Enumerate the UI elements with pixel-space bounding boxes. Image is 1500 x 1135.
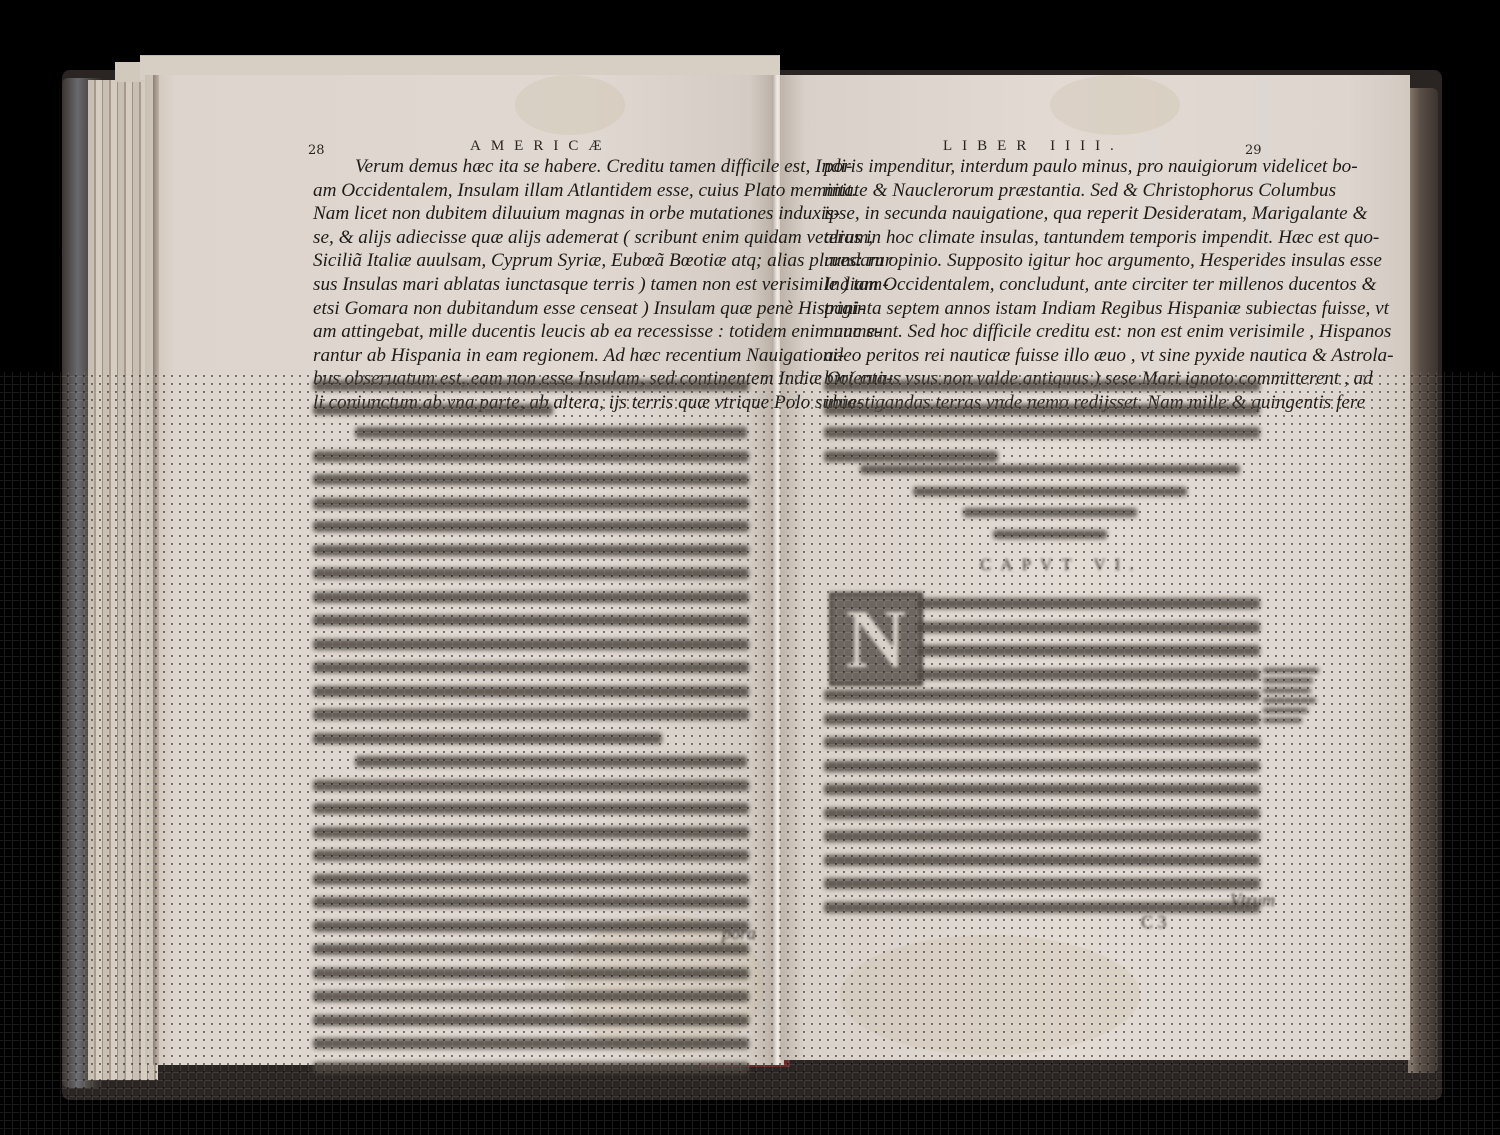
water-stain [515,75,625,135]
text-line: ipse, in secunda nauigatione, qua reperi… [824,202,1260,226]
signature-mark: C 3 [1141,912,1167,933]
right-catchword: Vtrum [1230,890,1275,911]
left-page-obscured-text [313,380,749,1085]
water-stain [840,935,1140,1055]
text-line: am Occidentalem, Insulam illam Atlantide… [313,179,749,203]
text-line: Indiam Occidentalem, concludunt, ante ci… [824,273,1260,297]
right-running-head: LIBER IIII. [943,138,1124,155]
right-page-obscured-text [824,380,1260,474]
left-page-text: Verum demus hæc ita se habere. Creditu t… [313,155,749,415]
right-page-text: poris impenditur, interdum paulo minus, … [824,155,1260,415]
marginal-note [1263,668,1319,728]
left-catchword: pora [722,923,756,944]
right-body-obscured [824,690,1260,925]
text-line: Siciliã Italiæ auulsam, Cyprum Syriæ, Eu… [313,249,749,273]
water-stain [1050,75,1180,135]
section-heading-obscured [860,465,1240,551]
text-line: am attingebat, mille ducentis leucis ab … [313,320,749,344]
text-line: Nam licet non dubitem diluuium magnas in… [313,202,749,226]
text-line: Verum demus hæc ita se habere. Creditu t… [313,155,749,179]
text-line: etsi Gomara non dubitandum esse censeat … [313,297,749,321]
chapter-title: CAPVT VI. [980,555,1143,575]
right-body-obscured-beside-cap [917,598,1260,692]
text-line: se, & alijs adiecisse quæ alijs ademerat… [313,226,749,250]
left-page-fold [153,75,159,1065]
text-line: poris impenditur, interdum paulo minus, … [824,155,1260,179]
text-line: triginta septem annos istam Indiam Regib… [824,297,1260,321]
left-running-head: AMERICÆ [470,138,612,155]
text-line: alias in hoc climate insulas, tantundem … [824,226,1260,250]
text-line: adeo peritos rei nauticæ fuisse illo æuo… [824,344,1260,368]
text-line: nunc sunt. Sed hoc difficile creditu est… [824,320,1260,344]
text-line: nitate & Nauclerorum præstantia. Sed & C… [824,179,1260,203]
drop-cap: N [829,592,923,686]
text-line: rantur ab Hispania in eam regionem. Ad h… [313,344,749,368]
cover-right-edge [1408,88,1438,1073]
text-line: rundam opinio. Supposito igitur hoc argu… [824,249,1260,273]
text-line: sus Insulas mari ablatas iunctasque terr… [313,273,749,297]
